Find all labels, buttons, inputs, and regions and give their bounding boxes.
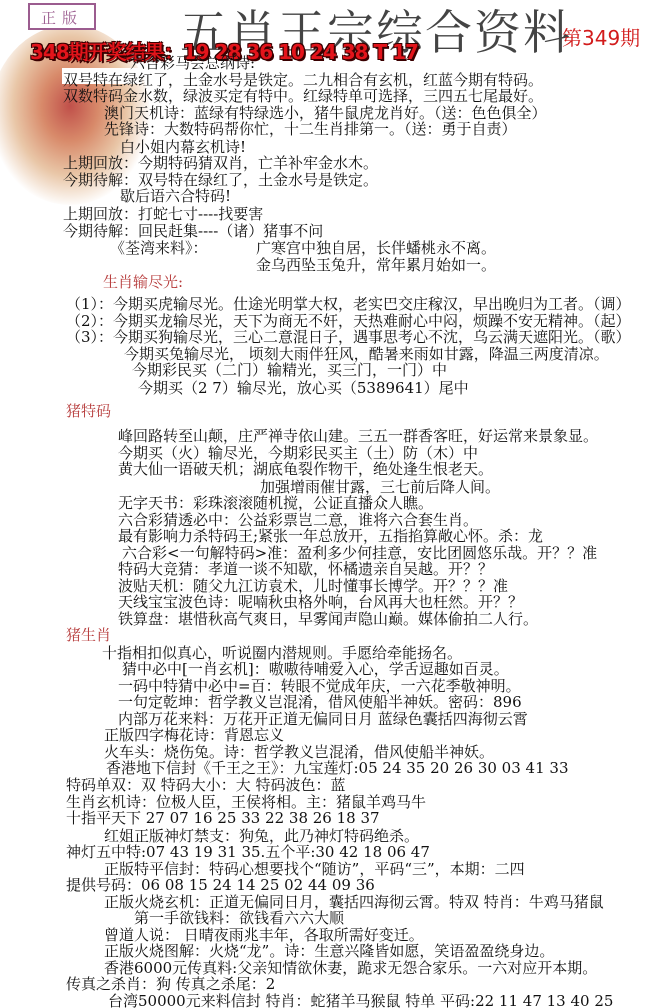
section-heading: 生肖输尽光:: [103, 273, 183, 291]
text-line: 今期彩民买（二门）输精光，买三门，一门）中: [132, 361, 447, 379]
text-line: 台湾50000元来料信封 特肖：蛇猪羊马猴鼠 特单 平码:22 11 47 13…: [108, 992, 613, 1008]
text-line: 上期回放：打蛇七寸----找要害: [63, 205, 263, 223]
text-line: 广寒宫中独自居，长伴蟠桃永不离。: [256, 239, 496, 257]
genuine-badge: 正版: [28, 3, 96, 30]
text-line: 特码单双：双 特码大小：大 特码波色：蓝: [66, 776, 346, 794]
text-line: 一句定乾坤：哲学教义岂混淆，借风使船半神妖。密码：896: [118, 693, 522, 711]
text-line: 最有影响力杀特码王;紧张一年总放开，五指掐算敞心怀。杀：龙: [118, 527, 543, 545]
text-line: 金乌西坠玉兔升，常年累月始如一。: [256, 256, 496, 274]
section-heading: 猪生肖: [66, 626, 111, 644]
text-line: 歇后语六合特码!: [120, 187, 231, 205]
text-line: 六合彩马会总纲诗:: [130, 54, 255, 72]
text-line: 正版四字梅花诗：背恩忘义: [104, 726, 284, 744]
text-line: 正版火烧图解：火烧“龙”。诗：生意兴隆皆如愿，笑语盈盈绕身边。: [104, 942, 554, 960]
text-line: 特码大竞猜：孝道一谈不知歇，怀橘遗亲自吴越。开？？: [118, 560, 493, 578]
text-line: 先锋诗：大数特码帮你忙，十二生肖排第一。（送：勇于自责）: [104, 120, 517, 138]
section-heading: 猪特码: [66, 402, 111, 420]
text-line: 今期买（2 7）输尽光，放心买（5389641）尾中: [138, 379, 469, 397]
text-line: 提供号码：06 08 15 24 14 25 02 44 09 36: [66, 876, 375, 894]
text-line: 十指平天下 27 07 16 25 33 22 38 26 18 37: [66, 809, 380, 827]
text-line: 香港地下信封《千王之王》：九宝莲灯:05 24 35 20 26 30 03 4…: [106, 759, 568, 777]
issue-number: 第349期: [562, 22, 640, 51]
text-line: （3）：今期买狗输尽光，三心二意混日子，遇事思考心不沈，乌云满天遮阳光。（歌）: [66, 328, 631, 346]
text-line: 天线宝宝波色诗：呢喃秋虫格外响，台风再大也枉然。开？？: [118, 593, 523, 611]
text-line: 双数特码金水数，绿波买定有特中。红绿特单可选择，三四五七尾最好。: [63, 87, 543, 105]
text-line: 无字天书：彩珠滚滚随机搅，公证直播众人瞧。: [118, 494, 433, 512]
text-line: 第一手欲钱料：欲钱看六六大顺: [134, 909, 344, 927]
text-line: 《荃湾来料》：: [110, 239, 208, 257]
text-line: 传真之杀肖：狗 传真之杀尾：2: [66, 975, 275, 993]
text-line: 黄大仙一语破天机；湖底龟裂作物干，绝处逢生恨老天。: [118, 460, 493, 478]
text-line: 上期回放：今期特码猜双肖，亡羊补牢金水木。: [63, 154, 378, 172]
text-line: （1）：今期买虎输尽光。仕途光明掌大权，老实巴交庄稼汉，早出晚归为工者。（调）: [66, 295, 631, 313]
text-line: 神灯五中特:07 43 19 31 35.五个平:30 42 18 06 47: [66, 843, 430, 861]
text-line: 今期待解：回民赶集----（诸）猪事不问: [63, 222, 323, 240]
text-line: 峰回路转至山颠，庄严禅寺依山建。三五一群香客旺，好运常来景象显。: [118, 427, 598, 445]
text-line: 猜中必中[一肖玄机]：嗷嗷待哺爱入心，学舌逗趣如百灵。: [122, 660, 509, 678]
text-line: 铁算盘：堪惜秋高气爽日，早雾闻声隐山巅。媒体偷拍二人行。: [118, 610, 538, 628]
